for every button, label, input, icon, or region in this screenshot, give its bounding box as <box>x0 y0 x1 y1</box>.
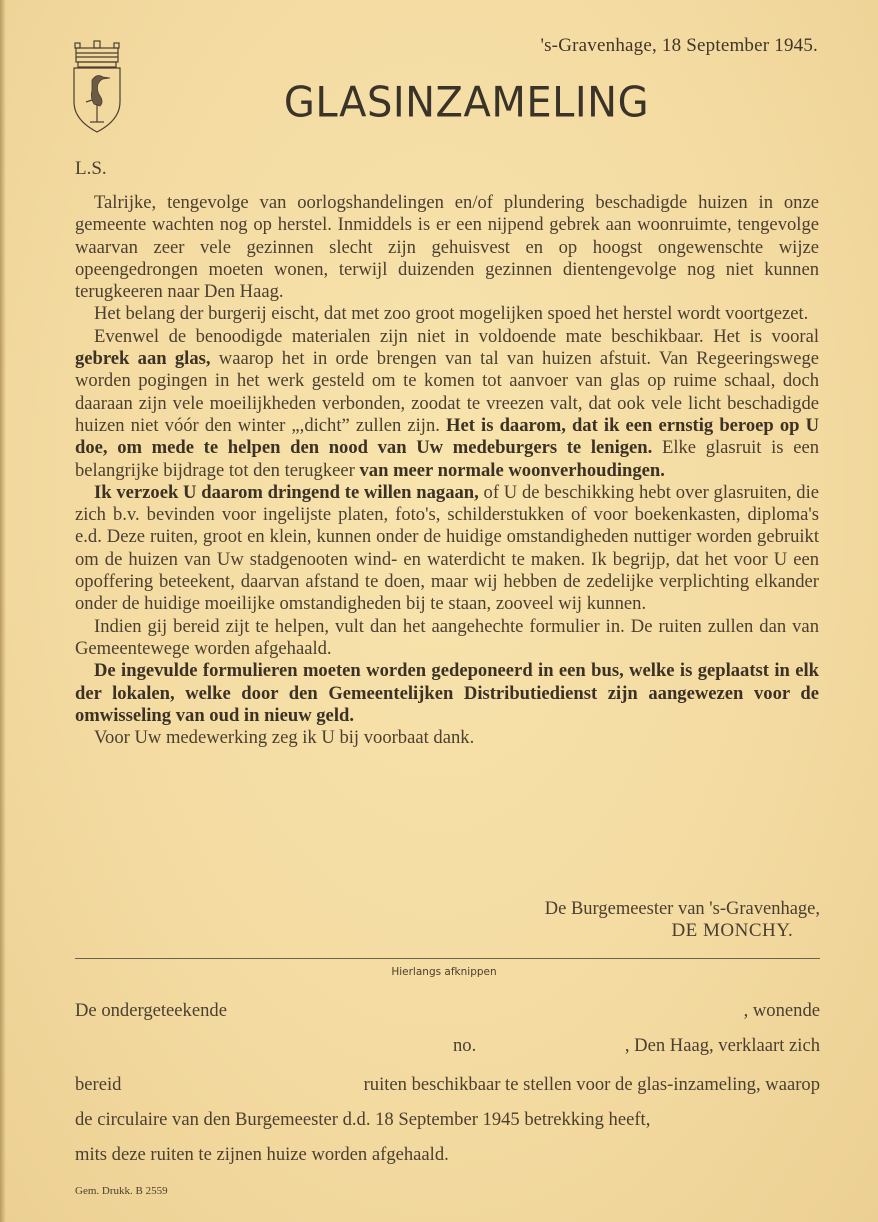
signature-block: De Burgemeester van 's-Gravenhage, DE MO… <box>545 898 820 942</box>
body-text-segment: Het belang der burgerij eischt, dat met … <box>94 303 808 324</box>
body-text-segment: Evenwel de benoodigde materialen zijn ni… <box>94 326 819 347</box>
paragraph: Voor Uw medewerking zeg ik U bij voorbaa… <box>75 727 819 749</box>
paragraph: Het belang der burgerij eischt, dat met … <box>75 303 819 325</box>
paragraph: Evenwel de benoodigde materialen zijn ni… <box>75 326 819 482</box>
paragraph: De ingevulde formulieren moeten worden g… <box>75 660 819 727</box>
paper-edge <box>0 0 6 1222</box>
circular-page: 's-Gravenhage, 18 September 1945. GLASIN… <box>0 0 878 1222</box>
body-text-segment: Indien gij bereid zijt te helpen, vult d… <box>75 616 819 659</box>
coupon-line-4: de circulaire van den Burgemeester d.d. … <box>75 1109 820 1131</box>
cut-line-divider <box>75 958 820 959</box>
coupon-line-5: mits deze ruiten te zijnen huize worden … <box>75 1144 820 1166</box>
document-title: GLASINZAMELING <box>0 79 878 127</box>
signatory-title: De Burgemeester van 's-Gravenhage, <box>545 899 820 919</box>
salutation: L.S. <box>75 158 107 180</box>
quantity-field[interactable] <box>134 1074 214 1096</box>
paragraph: Ik verzoek U daarom dringend te willen n… <box>75 482 819 616</box>
emphasized-text: van meer normale woonverhoudingen. <box>359 460 664 481</box>
name-field[interactable] <box>242 1000 632 1022</box>
panes-available-text: ruiten beschikbaar te stellen voor de gl… <box>364 1074 820 1096</box>
coupon-line-2: no. , Den Haag, verklaart zich <box>75 1035 820 1057</box>
city-declaration-label: , Den Haag, verklaart zich <box>625 1035 820 1057</box>
emphasized-text: Ik verzoek U daarom dringend te willen n… <box>94 482 479 503</box>
letter-body: Talrijke, tengevolge van oorlogshandelin… <box>75 192 819 749</box>
emphasized-text: De ingevulde formulieren moeten worden g… <box>75 660 819 726</box>
street-field[interactable] <box>75 1035 445 1057</box>
house-number-field[interactable] <box>487 1035 557 1057</box>
paragraph: Talrijke, tengevolge van oorlogshandelin… <box>75 192 819 303</box>
willing-label: bereid <box>75 1074 121 1095</box>
residing-label: , wonende <box>744 1000 820 1022</box>
printer-mark: Gem. Drukk. B 2559 <box>75 1185 168 1197</box>
undersigned-label: De ondergeteekende <box>75 1000 227 1021</box>
signatory-name: DE MONCHY. <box>545 920 820 942</box>
coupon-line-1: De ondergeteekende , wonende <box>75 1000 820 1022</box>
body-text-segment: Talrijke, tengevolge van oorlogshandelin… <box>75 192 819 302</box>
coupon-line-3: bereid ruiten beschikbaar te stellen voo… <box>75 1074 820 1096</box>
place-and-date: 's-Gravenhage, 18 September 1945. <box>540 35 818 57</box>
paragraph: Indien gij bereid zijt te helpen, vult d… <box>75 616 819 661</box>
house-number-label: no. <box>453 1035 476 1057</box>
body-text-segment: Voor Uw medewerking zeg ik U bij voorbaa… <box>94 727 474 748</box>
emphasized-text: gebrek aan glas, <box>75 348 211 369</box>
cut-here-label: Hierlangs afknippen <box>0 966 878 978</box>
